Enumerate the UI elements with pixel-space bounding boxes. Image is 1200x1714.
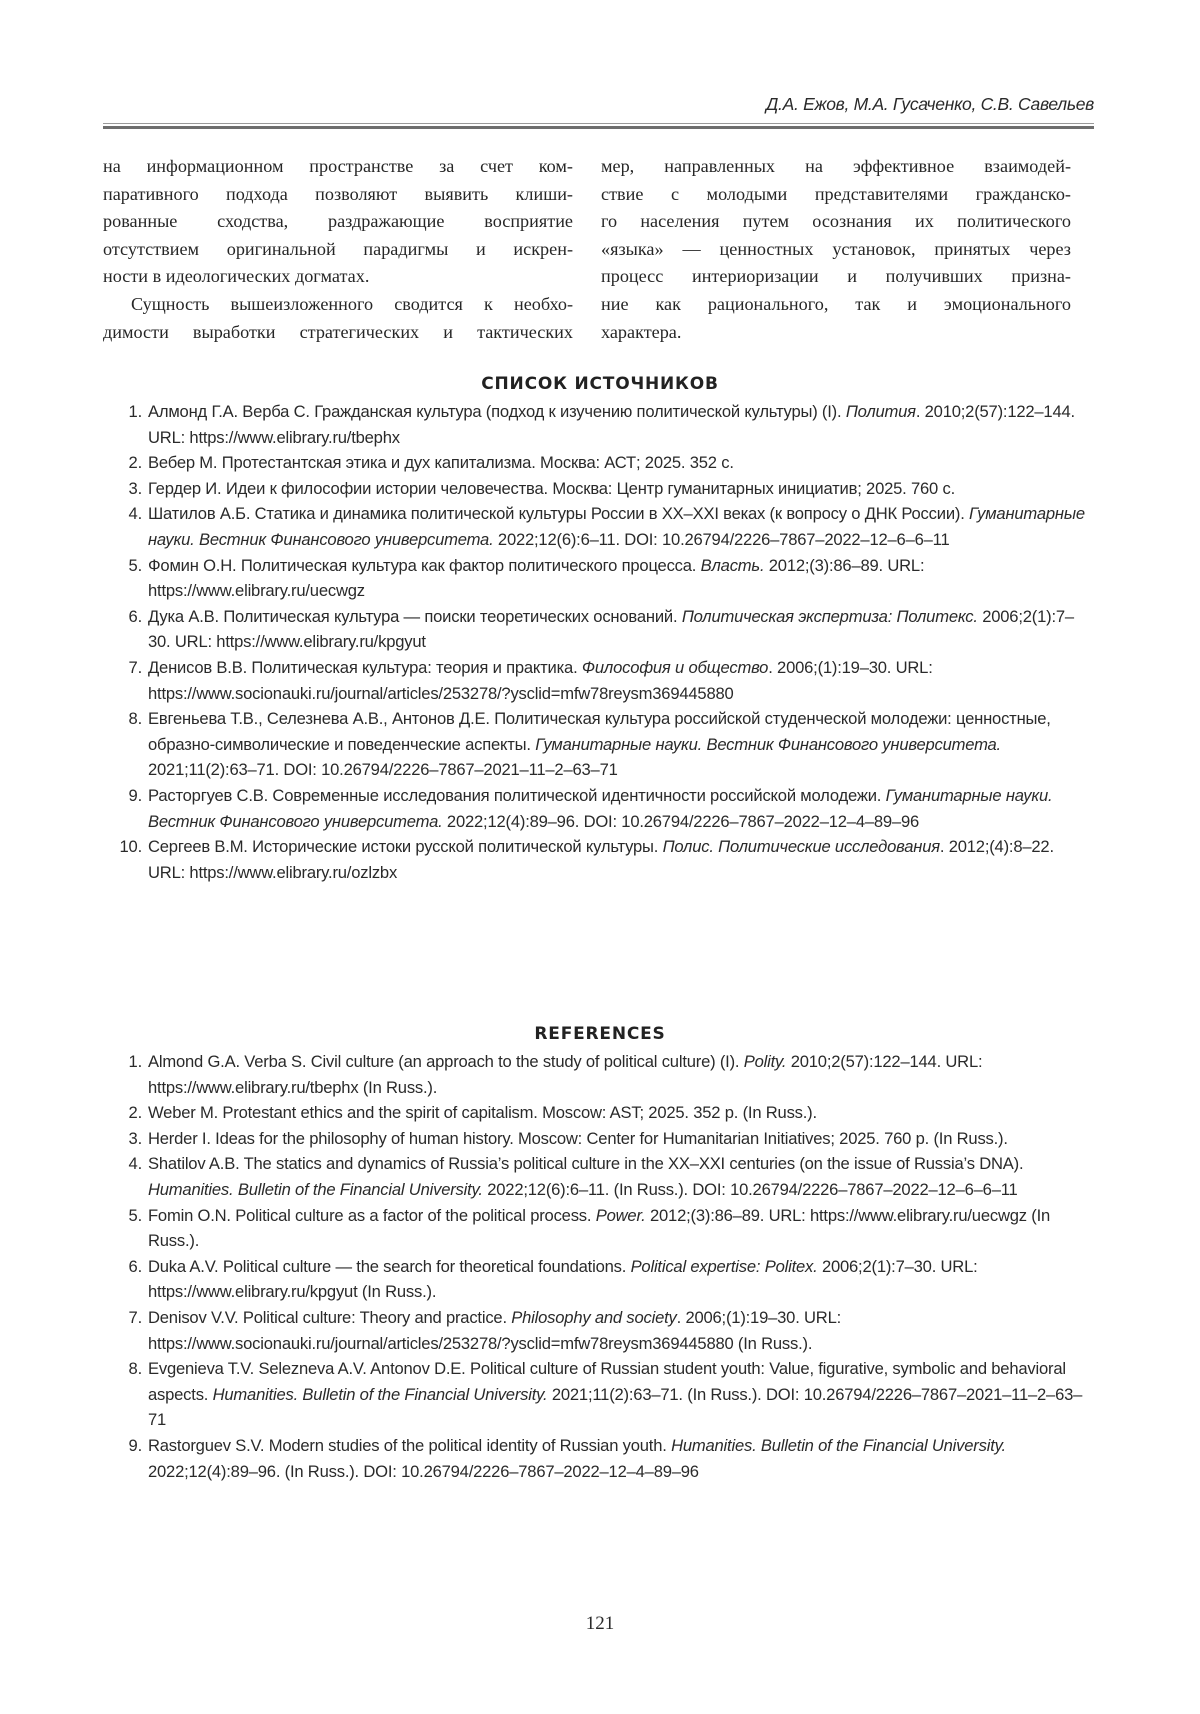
paragraph-left-2: Сущность вышеизложенного сводится к необ… [103, 291, 573, 346]
left-column: на информационном пространстве за счет к… [103, 153, 573, 346]
text-line: ности в идеологических догматах. [103, 263, 573, 291]
reference-number: 2. [120, 1100, 142, 1126]
references-en-heading: REFERENCES [0, 1024, 1200, 1044]
text-line: го населения путем осознания их политиче… [601, 208, 1071, 236]
reference-source-title: Власть. [701, 556, 765, 575]
reference-details: 2021;11(2):63–71. DOI: 10.26794/2226–786… [148, 760, 618, 779]
reference-source-title: Полития [846, 402, 916, 421]
text-line: Сущность вышеизложенного сводится к необ… [103, 291, 573, 319]
reference-item: 3.Гердер И. Идеи к философии истории чел… [120, 476, 1095, 502]
reference-source-title: Философия и общество [582, 658, 768, 677]
reference-item: 10.Сергеев В.М. Исторические истоки русс… [120, 834, 1095, 885]
reference-text: Расторгуев С.В. Современные исследования… [148, 786, 886, 805]
paragraph-left-1: на информационном пространстве за счет к… [103, 153, 573, 291]
reference-item: 4.Шатилов А.Б. Статика и динамика полити… [120, 501, 1095, 552]
text-line: отсутствием оригинальной парадигмы и иск… [103, 236, 573, 264]
text-line: димости выработки стратегических и такти… [103, 319, 573, 347]
reference-number: 3. [120, 1126, 142, 1152]
reference-source-title: Humanities. Bulletin of the Financial Un… [671, 1436, 1006, 1455]
reference-text: Denisov V.V. Political culture: Theory a… [148, 1308, 511, 1327]
reference-item: 4.Shatilov A.B. The statics and dynamics… [120, 1151, 1095, 1202]
reference-item: 7.Denisov V.V. Political culture: Theory… [120, 1305, 1095, 1356]
references-en-list: 1.Almond G.A. Verba S. Civil culture (an… [120, 1049, 1095, 1484]
reference-item: 6.Дука А.В. Политическая культура — поис… [120, 604, 1095, 655]
reference-source-title: Политическая экспертиза: Политекс. [682, 607, 978, 626]
reference-number: 8. [120, 706, 142, 732]
reference-source-title: Humanities. Bulletin of the Financial Un… [148, 1180, 483, 1199]
reference-source-title: Philosophy and society [511, 1308, 676, 1327]
reference-number: 3. [120, 476, 142, 502]
header-rule-thick [103, 126, 1094, 129]
paragraph-right-1: мер, направленных на эффективное взаимод… [601, 153, 1071, 346]
reference-number: 5. [120, 553, 142, 579]
reference-number: 8. [120, 1356, 142, 1382]
text-line: ствие с молодыми представителями граждан… [601, 181, 1071, 209]
reference-details: 2022;12(4):89–96. DOI: 10.26794/2226–786… [443, 812, 920, 831]
reference-text: Shatilov A.B. The statics and dynamics o… [148, 1154, 1023, 1173]
reference-text: Фомин О.Н. Политическая культура как фак… [148, 556, 701, 575]
reference-number: 9. [120, 783, 142, 809]
reference-number: 7. [120, 1305, 142, 1331]
reference-item: 2.Weber M. Protestant ethics and the spi… [120, 1100, 1095, 1126]
header-rule-thin [103, 123, 1094, 124]
page-number: 121 [0, 1613, 1200, 1635]
reference-details: 2022;12(4):89–96. (In Russ.). DOI: 10.26… [148, 1462, 699, 1481]
reference-number: 6. [120, 604, 142, 630]
reference-item: 3.Herder I. Ideas for the philosophy of … [120, 1126, 1095, 1152]
reference-source-title: Polity. [744, 1052, 787, 1071]
reference-item: 9.Rastorguev S.V. Modern studies of the … [120, 1433, 1095, 1484]
text-line: ние как рационального, так и эмоциональн… [601, 291, 1071, 319]
reference-number: 10. [110, 834, 142, 860]
reference-source-title: Полис. Политические исследования [663, 837, 940, 856]
reference-source-title: Гуманитарные науки. Вестник Финансового … [535, 735, 1001, 754]
text-line: на информационном пространстве за счет к… [103, 153, 573, 181]
reference-number: 1. [120, 399, 142, 425]
reference-item: 5.Фомин О.Н. Политическая культура как ф… [120, 553, 1095, 604]
reference-details: 2022;12(6):6–11. (In Russ.). DOI: 10.267… [483, 1180, 1018, 1199]
reference-text: Herder I. Ideas for the philosophy of hu… [148, 1129, 1008, 1148]
reference-number: 9. [120, 1433, 142, 1459]
reference-text: Вебер М. Протестантская этика и дух капи… [148, 453, 734, 472]
reference-text: Almond G.A. Verba S. Civil culture (an a… [148, 1052, 744, 1071]
reference-item: 5.Fomin O.N. Political culture as a fact… [120, 1203, 1095, 1254]
reference-source-title: Power. [596, 1206, 646, 1225]
reference-text: Гердер И. Идеи к философии истории челов… [148, 479, 955, 498]
sources-ru-heading: СПИСОК ИСТОЧНИКОВ [0, 374, 1200, 394]
reference-text: Fomin O.N. Political culture as a factor… [148, 1206, 596, 1225]
reference-text: Rastorguev S.V. Modern studies of the po… [148, 1436, 671, 1455]
reference-item: 1.Алмонд Г.А. Верба С. Гражданская культ… [120, 399, 1095, 450]
reference-number: 1. [120, 1049, 142, 1075]
reference-item: 6.Duka A.V. Political culture — the sear… [120, 1254, 1095, 1305]
text-line: процесс интериоризации и получивших приз… [601, 263, 1071, 291]
reference-source-title: Political expertise: Politex. [631, 1257, 818, 1276]
reference-number: 6. [120, 1254, 142, 1280]
text-line: «языка» — ценностных установок, принятых… [601, 236, 1071, 264]
reference-item: 8.Евгеньева Т.В., Селезнева А.В., Антоно… [120, 706, 1095, 783]
reference-number: 5. [120, 1203, 142, 1229]
journal-page: Д.А. Ежов, М.А. Гусаченко, С.В. Савельев… [0, 0, 1200, 1714]
reference-number: 7. [120, 655, 142, 681]
sources-ru-list: 1.Алмонд Г.А. Верба С. Гражданская культ… [120, 399, 1095, 885]
reference-text: Duka A.V. Political culture — the search… [148, 1257, 631, 1276]
reference-item: 1.Almond G.A. Verba S. Civil culture (an… [120, 1049, 1095, 1100]
reference-text: Дука А.В. Политическая культура — поиски… [148, 607, 682, 626]
reference-text: Шатилов А.Б. Статика и динамика политиче… [148, 504, 969, 523]
reference-item: 2.Вебер М. Протестантская этика и дух ка… [120, 450, 1095, 476]
text-line: мер, направленных на эффективное взаимод… [601, 153, 1071, 181]
right-column: мер, направленных на эффективное взаимод… [601, 153, 1071, 346]
reference-text: Денисов В.В. Политическая культура: теор… [148, 658, 582, 677]
reference-details: 2022;12(6):6–11. DOI: 10.26794/2226–7867… [494, 530, 950, 549]
reference-item: 9.Расторгуев С.В. Современные исследован… [120, 783, 1095, 834]
running-head-authors: Д.А. Ежов, М.А. Гусаченко, С.В. Савельев [766, 94, 1094, 115]
reference-text: Weber M. Protestant ethics and the spiri… [148, 1103, 817, 1122]
text-line: рованные сходства, раздражающие восприят… [103, 208, 573, 236]
reference-source-title: Humanities. Bulletin of the Financial Un… [213, 1385, 548, 1404]
reference-text: Алмонд Г.А. Верба С. Гражданская культур… [148, 402, 846, 421]
reference-text: Сергеев В.М. Исторические истоки русской… [148, 837, 663, 856]
reference-number: 2. [120, 450, 142, 476]
text-line: паративного подхода позволяют выявить кл… [103, 181, 573, 209]
reference-item: 7.Денисов В.В. Политическая культура: те… [120, 655, 1095, 706]
reference-item: 8.Evgenieva T.V. Selezneva A.V. Antonov … [120, 1356, 1095, 1433]
reference-number: 4. [120, 1151, 142, 1177]
text-line: характера. [601, 319, 1071, 347]
reference-number: 4. [120, 501, 142, 527]
